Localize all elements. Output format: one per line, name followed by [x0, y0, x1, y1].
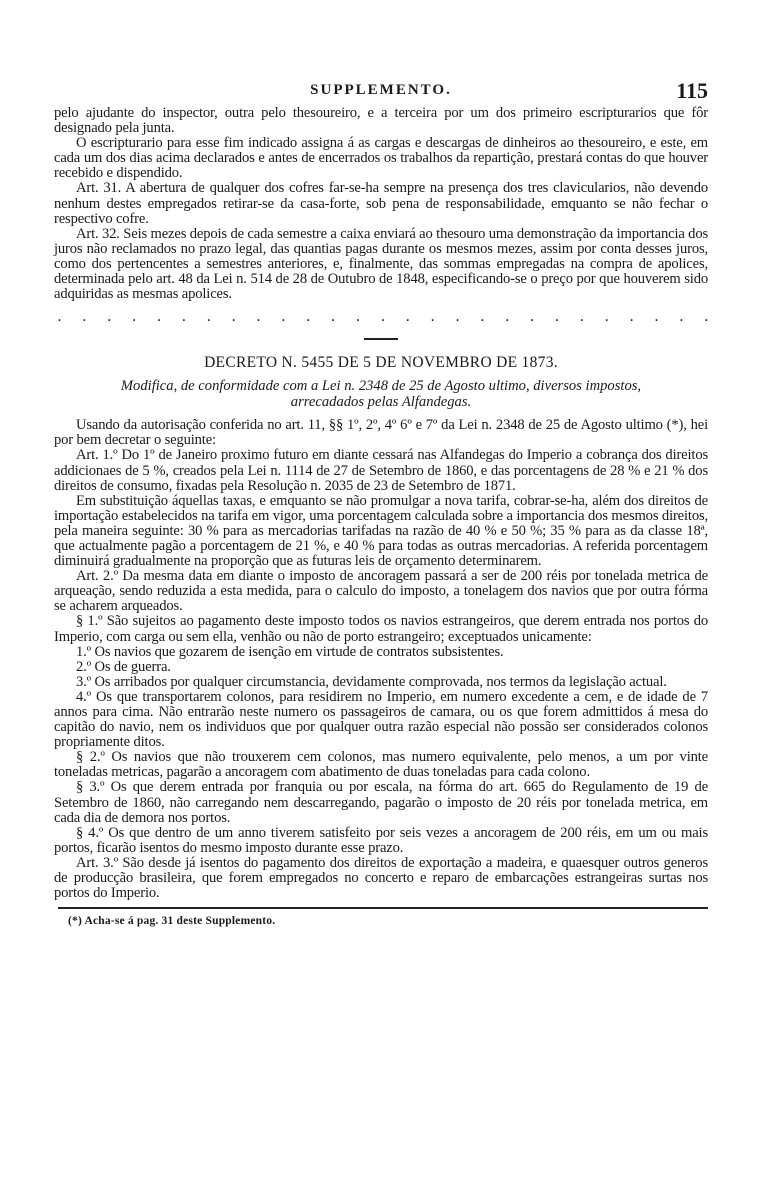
decree-title: DECRETO N. 5455 DE 5 DE NOVEMBRO DE 1873…: [54, 354, 708, 372]
section-4: § 4.º Os que dentro de um anno tiverem s…: [54, 826, 708, 856]
section-2: § 2.º Os navios que não trouxerem cem co…: [54, 750, 708, 780]
article-2: Art. 2.º Da mesma data em diante o impos…: [54, 569, 708, 614]
summary-line-2: arrecadados pelas Alfandegas.: [54, 394, 708, 410]
decree-summary: Modifica, de conformidade com a Lei n. 2…: [54, 378, 708, 410]
exception-item-2: 2.º Os de guerra.: [54, 660, 708, 675]
paragraph: Em substituição áquellas taxas, e emquan…: [54, 494, 708, 569]
section-3: § 3.º Os que derem entrada por franquia …: [54, 780, 708, 825]
exception-item-3: 3.º Os arribados por qualquer circumstan…: [54, 675, 708, 690]
article-1: Art. 1.º Do 1º de Janeiro proximo futuro…: [54, 448, 708, 493]
page-number: 115: [676, 78, 708, 104]
paragraph: pelo ajudante do inspector, outra pelo t…: [54, 106, 708, 136]
decree-section: DECRETO N. 5455 DE 5 DE NOVEMBRO DE 1873…: [54, 354, 708, 901]
paragraph: O escripturario para esse fim indicado a…: [54, 136, 708, 181]
section-1: § 1.º São sujeitos ao pagamento deste im…: [54, 614, 708, 644]
preamble: Usando da autorisação conferida no art. …: [54, 418, 708, 448]
summary-line-1: Modifica, de conformidade com a Lei n. 2…: [54, 378, 708, 394]
dotted-separator: ...........................: [58, 312, 708, 322]
exception-item-4: 4.º Os que transportarem colonos, para r…: [54, 690, 708, 750]
running-header: SUPPLEMENTO. 115: [54, 80, 708, 106]
exception-item-1: 1.º Os navios que gozarem de isenção em …: [54, 645, 708, 660]
article-3: Art. 3.º São desde já isentos do pagamen…: [54, 856, 708, 901]
footnote: (*) Acha-se á pag. 31 deste Supplemento.: [68, 915, 708, 927]
article-31: Art. 31. A abertura de qualquer dos cofr…: [54, 181, 708, 226]
section-rule: [364, 338, 398, 340]
article-32: Art. 32. Seis mezes depois de cada semes…: [54, 227, 708, 302]
running-title: SUPPLEMENTO.: [54, 82, 708, 99]
footnote-rule: [58, 907, 708, 909]
previous-decree-continuation: pelo ajudante do inspector, outra pelo t…: [54, 106, 708, 302]
document-page: SUPPLEMENTO. 115 pelo ajudante do inspec…: [54, 80, 708, 927]
